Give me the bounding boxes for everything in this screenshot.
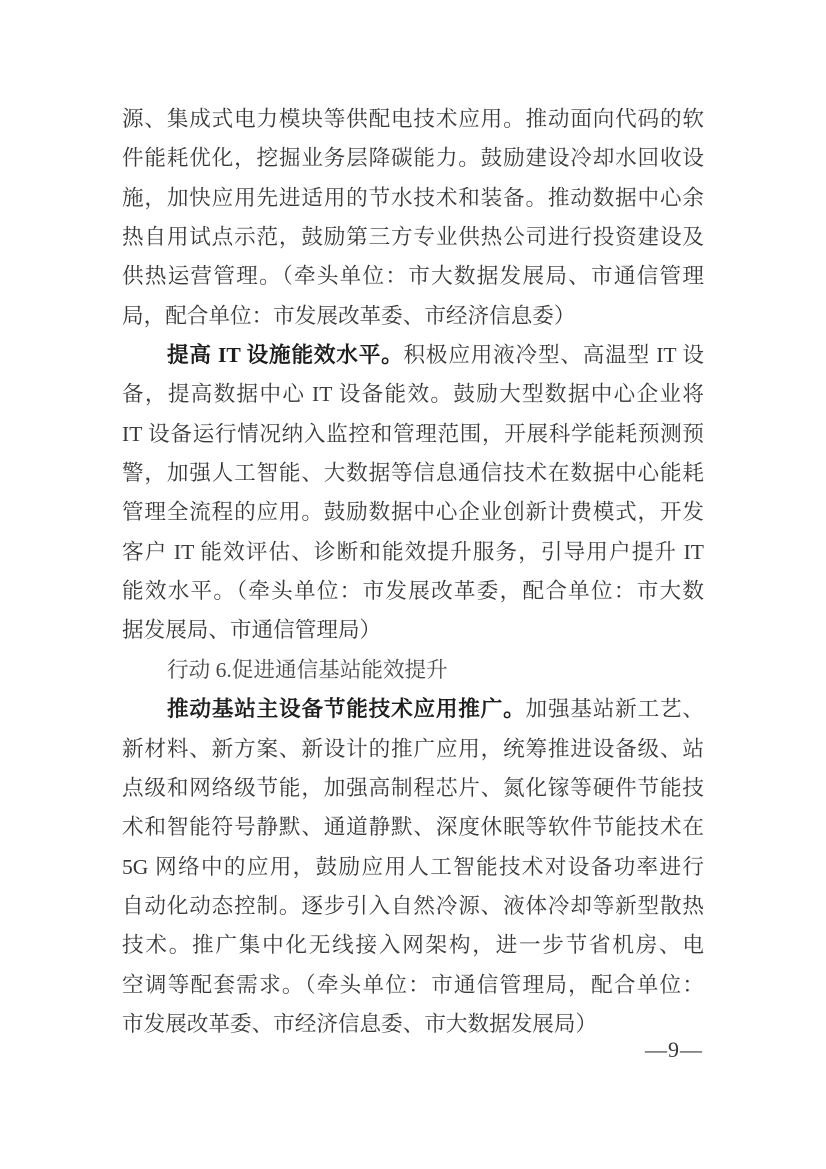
text-line: 警，加强人工智能、大数据等信息通信技术在数据中心能耗 <box>122 454 704 493</box>
text-line: 术和智能符号静默、通道静默、深度休眠等软件节能技术在 <box>122 808 704 847</box>
bold-lead: 推动基站主设备节能技术应用推广。 <box>167 697 526 721</box>
paragraph-base-station: 推动基站主设备节能技术应用推广。加强基站新工艺、 新材料、新方案、新设计的推广应… <box>122 690 704 1044</box>
paragraph-power-supply: 源、集成式电力模块等供配电技术应用。推动面向代码的软 件能耗优化，挖掘业务层降碳… <box>122 100 704 336</box>
bold-lead: 提高 IT 设施能效水平。 <box>167 343 404 367</box>
text-line: 技术。推广集中化无线接入网架构，进一步节省机房、电源、 <box>122 926 704 965</box>
text-line: 点级和网络级节能，加强高制程芯片、氮化镓等硬件节能技 <box>122 769 704 808</box>
text-line: IT 设备运行情况纳入监控和管理范围，开展科学能耗预测预 <box>122 415 704 454</box>
text-line: 管理全流程的应用。鼓励数据中心企业创新计费模式，开发 <box>122 493 704 532</box>
text-line: 源、集成式电力模块等供配电技术应用。推动面向代码的软 <box>122 100 704 139</box>
text-line: 自动化动态控制。逐步引入自然冷源、液体冷却等新型散热 <box>122 887 704 926</box>
text-line: 能效水平。（牵头单位：市发展改革委，配合单位：市大数 <box>122 572 704 611</box>
text-line: 空调等配套需求。（牵头单位：市通信管理局，配合单位： <box>122 966 704 1005</box>
text-line: 推动基站主设备节能技术应用推广。加强基站新工艺、 <box>122 690 704 729</box>
text-line: 市发展改革委、市经济信息委、市大数据发展局） <box>122 1005 704 1044</box>
text-line: 提高 IT 设施能效水平。积极应用液冷型、高温型 IT 设 <box>122 336 704 375</box>
text-line: 局，配合单位：市发展改革委、市经济信息委） <box>122 297 704 336</box>
document-page: 源、集成式电力模块等供配电技术应用。推动面向代码的软 件能耗优化，挖掘业务层降碳… <box>0 0 826 1169</box>
text-line: 件能耗优化，挖掘业务层降碳能力。鼓励建设冷却水回收设 <box>122 139 704 178</box>
action-heading: 行动 6.促进通信基站能效提升 <box>122 651 704 690</box>
text-line: 客户 IT 能效评估、诊断和能效提升服务，引导用户提升 IT <box>122 533 704 572</box>
lead-rest: 积极应用液冷型、高温型 IT 设 <box>404 343 704 367</box>
page-number: —9— <box>645 1036 703 1064</box>
document-body: 源、集成式电力模块等供配电技术应用。推动面向代码的软 件能耗优化，挖掘业务层降碳… <box>122 100 704 1044</box>
text-line: 施，加快应用先进适用的节水技术和装备。推动数据中心余 <box>122 179 704 218</box>
text-line: 5G 网络中的应用，鼓励应用人工智能技术对设备功率进行 <box>122 848 704 887</box>
text-line: 供热运营管理。（牵头单位：市大数据发展局、市通信管理 <box>122 257 704 296</box>
text-line: 热自用试点示范，鼓励第三方专业供热公司进行投资建设及 <box>122 218 704 257</box>
paragraph-it-efficiency: 提高 IT 设施能效水平。积极应用液冷型、高温型 IT 设 备，提高数据中心 I… <box>122 336 704 651</box>
text-line: 据发展局、市通信管理局） <box>122 611 704 650</box>
lead-rest: 加强基站新工艺、 <box>526 697 704 721</box>
text-line: 新材料、新方案、新设计的推广应用，统筹推进设备级、站 <box>122 730 704 769</box>
text-line: 备，提高数据中心 IT 设备能效。鼓励大型数据中心企业将 <box>122 375 704 414</box>
